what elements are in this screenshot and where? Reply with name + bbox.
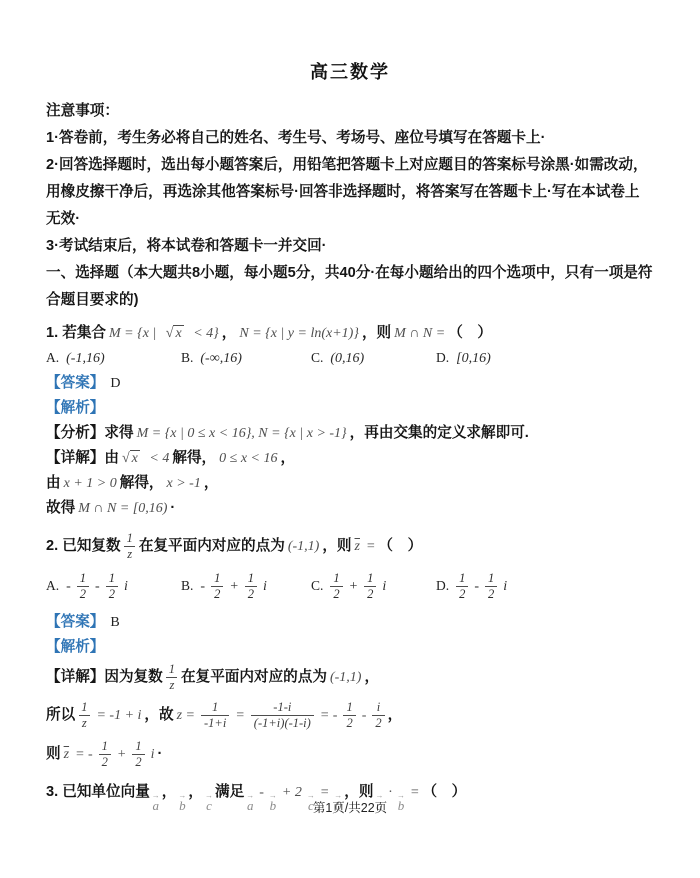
page-title: 高三数学 (46, 58, 654, 84)
q2-options: A. -12-12i B. -12+12i C. 12+12i D. 12-12… (46, 566, 654, 606)
q1-option-b: B. (-∞,16) (181, 349, 311, 367)
q1-analysis-line: 【分析】求得M = {x | 0 ≤ x < 16}, N = {x | x >… (46, 421, 654, 446)
option-value: (-1,16) (63, 349, 108, 367)
option-label: A. (46, 350, 63, 366)
option-value: [0,16) (453, 349, 494, 367)
section-heading: 一、选择题（本大题共8小题，每小题5分，共40分·在每小题给出的四个选项中，只有… (46, 260, 654, 314)
answer-value: B (104, 615, 119, 630)
q1-answer-line: 【答案】D (46, 371, 654, 396)
answer-marker: 【答案】 (46, 614, 104, 630)
option-label: B. (181, 578, 197, 594)
q2-option-d: D. 12-12i (436, 571, 654, 602)
q1-option-a: A. (-1,16) (46, 349, 181, 367)
option-label: C. (311, 350, 327, 366)
exam-page: 高三数学 注意事项： 1·答卷前，考生务必将自己的姓名、考生号、考场号、座位号填… (0, 0, 700, 878)
q2-detail-line-3: 则z= -12+12i· (46, 736, 654, 773)
notice-heading: 注意事项： (46, 98, 654, 125)
notice-line-2: 2·回答选择题时，选出每小题答案后，用铅笔把答题卡上对应题目的答案标号涂黑·如需… (46, 152, 654, 233)
option-label: B. (181, 350, 197, 366)
q2-option-b: B. -12+12i (181, 571, 311, 602)
page-footer: 第1页/共22页 (0, 798, 700, 816)
answer-value: D (104, 376, 120, 391)
option-value: (0,16) (327, 349, 367, 367)
q2-detail-line-2: 所以1z= -1 + i，故z =1-1+i=-1-i(-1+i)(-1-i)=… (46, 695, 654, 736)
q2-option-c: C. 12+12i (311, 571, 436, 602)
option-value: -12+12i (197, 571, 270, 602)
option-label: D. (436, 578, 453, 594)
option-label: C. (311, 578, 327, 594)
option-label: D. (436, 350, 453, 366)
q1-detail-line-1: 【详解】由√x < 4解得，0 ≤ x < 16， (46, 446, 654, 471)
notice-line-1: 1·答卷前，考生务必将自己的姓名、考生号、考场号、座位号填写在答题卡上· (46, 125, 654, 152)
q1-analysis-marker-line: 【解析】 (46, 396, 654, 421)
q2-detail-line-1: 【详解】因为复数1z在复平面内对应的点为(-1,1)， (46, 660, 654, 695)
q2-stem: 2. 已知复数1z在复平面内对应的点为(-1,1)，则z=（ ） (46, 529, 654, 564)
option-label: A. (46, 578, 63, 594)
q1-detail-line-3: 故得M ∩ N = [0,16)· (46, 496, 654, 521)
option-value: -12-12i (63, 571, 131, 602)
option-value: 12+12i (327, 571, 389, 602)
answer-marker: 【答案】 (46, 375, 104, 391)
analysis-marker: 【解析】 (46, 639, 104, 655)
q1-option-d: D. [0,16) (436, 349, 654, 367)
option-value: (-∞,16) (197, 349, 244, 367)
q2-answer-line: 【答案】B (46, 610, 654, 635)
q2-analysis-marker-line: 【解析】 (46, 635, 654, 660)
option-value: 12-12i (453, 571, 510, 602)
q1-options: A. (-1,16) B. (-∞,16) C. (0,16) D. [0,16… (46, 349, 654, 367)
q1-detail-line-2: 由x + 1 > 0解得，x > -1， (46, 471, 654, 496)
notice-line-3: 3·考试结束后，将本试卷和答题卡一并交回· (46, 233, 654, 260)
q2-option-a: A. -12-12i (46, 571, 181, 602)
analysis-marker: 【解析】 (46, 400, 104, 416)
q1-stem: 1. 若集合M = {x | √x < 4}，N = {x | y = ln(x… (46, 320, 654, 347)
q1-option-c: C. (0,16) (311, 349, 436, 367)
